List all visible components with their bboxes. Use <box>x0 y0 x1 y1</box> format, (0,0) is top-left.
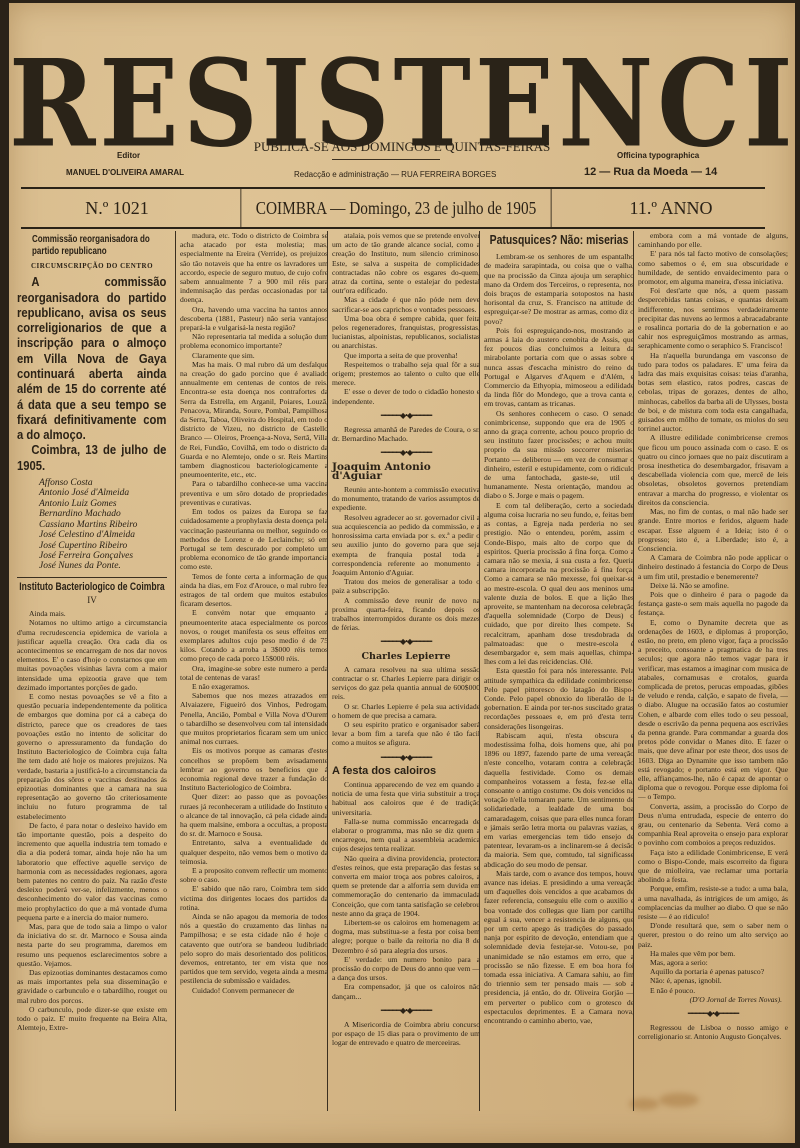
redacao-address: Redacção e administração — RUA FERREIRA … <box>294 170 496 179</box>
paragraph: Sabemos que nos mezes atrazados em Alvai… <box>180 691 328 746</box>
paragraph: Ha n'aquella burundanga em vasconso de t… <box>638 351 788 434</box>
paragraph: Foi dest'arte que nós, a quem passam des… <box>638 286 788 350</box>
paragraph: O seu espirito pratico e organisador sab… <box>332 720 480 748</box>
paragraph: Tratou dos meios de generalisar a todo o… <box>332 577 480 595</box>
paragraph: Pois foi espreguiçando-nos, mostrando as… <box>484 326 634 409</box>
paragraph: Os senhores conhecem o caso. O senado co… <box>484 409 634 501</box>
paragraph: Porque, emfim, resiste-se a tudo: a uma … <box>638 884 788 921</box>
paragraph: E a proposito convem reflectir um moment… <box>180 866 328 884</box>
paragraph: Entretanto, salva a eventualidade de qua… <box>180 838 328 866</box>
paragraph: Ora, imagine-se sobre este numero a perd… <box>180 664 328 682</box>
patusquices-article-continued: embora com a má vontade de alguns, camin… <box>638 231 788 995</box>
paragraph: Uma boa obra é sempre cabida, quer feita… <box>332 314 480 351</box>
column-2: madura, etc. Todo o districto de Coimbra… <box>175 231 328 1111</box>
patusquices-article: Lembram-se os senhores de um espantalho … <box>484 252 634 1025</box>
column-1: Commissão reorganisadora do partido repu… <box>17 231 167 1111</box>
paragraph: Respeitemos o trabalho seja qual fôr a s… <box>332 360 480 388</box>
paragraph: O sr. Charles Lepierre é pela sua activi… <box>332 702 480 720</box>
commissao-date: Coimbra, 13 de julho de 1905. <box>17 443 166 474</box>
paragraph: Cuidado! Convem permanecer de <box>180 986 328 995</box>
paragraph: Ainda mais. <box>17 609 167 618</box>
instituto-article: Ainda mais.Notamos no ultimo artigo a ci… <box>17 609 167 1032</box>
paragraph: Mas ha mais. O mal rubro dá um desfalque… <box>180 360 328 480</box>
paragraph: Mas, agora a serio: <box>638 958 788 967</box>
paragraph: Não representaria tal medida a solução d… <box>180 332 328 350</box>
paragraph: E não exageramos. <box>180 682 328 691</box>
regressou-note: Regressou de Lisboa o nosso amigo e corr… <box>638 1023 788 1041</box>
oficina-label: Officina typographica <box>617 151 699 160</box>
ornament-divider: ━━━━━◆•◆━━━━━ <box>332 448 480 457</box>
signer-name: Bernardino Machado <box>39 509 167 519</box>
issue-number: N.º 1021 <box>21 189 213 227</box>
signer-name: Antonio Luiz Gomes <box>39 499 167 509</box>
paragraph: E com tal deliberação, certo a sociedade… <box>484 501 634 667</box>
signer-name: Affonso Costa <box>39 478 167 488</box>
paragraph: O carbunculo, pode dizer-se que existe e… <box>17 1005 167 1033</box>
paragraph: embora com a má vontade de alguns, camin… <box>638 231 788 249</box>
year-of-publication: 11.º ANNO <box>577 189 765 227</box>
paragraph: A camara resolveu na sua ultima sessão c… <box>332 665 480 702</box>
instituto-article-end: atalaia, pois vemos que se pretende envo… <box>332 231 480 406</box>
dateline-bar: N.º 1021 COIMBRA — Domingo, 23 de julho … <box>21 187 765 229</box>
paragraph: Pois que o dinheiro é para o pagode da f… <box>638 590 788 618</box>
paragraph: Das epizootias dominantes destacamos com… <box>17 968 167 1005</box>
paragraph: E convém notar que emquanto a pneumoente… <box>180 608 328 663</box>
ornament-divider: ━━━━━◆•◆━━━━━ <box>332 411 480 420</box>
paragraph: Rabiscam aqui, n'esta obscura e modestis… <box>484 731 634 869</box>
paragraph: A Camara de Coimbra não pode applicar o … <box>638 553 788 581</box>
ornament-divider: ━━━━━◆•◆━━━━━ <box>638 1009 788 1018</box>
ornament-divider: ━━━━━◆•◆━━━━━ <box>332 637 480 646</box>
column-4: Patusquices? Não: miserias Lembram-se os… <box>479 231 634 1111</box>
paragraph: Era compensador, já que os caloiros não … <box>332 982 480 1000</box>
paragraph: D'onde resultará que, sem o saber nem o … <box>638 921 788 949</box>
instituto-article-continued: madura, etc. Todo o districto de Coimbra… <box>180 231 328 995</box>
paragraph: Reuniu ante-hontem a commissão executiva… <box>332 485 480 513</box>
signer-name: José Cupertino Ribeiro <box>39 541 167 551</box>
charles-heading: Charles Lepierre <box>332 652 480 661</box>
paragraph: E' para nós tal facto motivo de consolaç… <box>638 249 788 286</box>
paragraph: Quer dizer: ao passo que as povoações ru… <box>180 792 328 838</box>
paragraph: Continua apparecendo de vez em quando a … <box>332 780 480 817</box>
charles-article: A camara resolveu na sua ultima sessão c… <box>332 665 480 748</box>
columns: Commissão reorganisadora do partido repu… <box>17 231 787 1131</box>
ornament-divider: ━━━━━◆•◆━━━━━ <box>332 753 480 762</box>
signer-name: José Celestino d'Almeida <box>39 530 167 540</box>
paragraph: Claramente que sim. <box>180 351 328 360</box>
paragraph: A commissão deve reunir de novo na proxi… <box>332 596 480 633</box>
commissao-notice: A commissão reorganisadora do partido re… <box>17 275 166 474</box>
editor-label: Editor <box>117 151 140 160</box>
divider <box>17 577 167 578</box>
paragraph: Para o tabardilho conhece-se uma vaccina… <box>180 479 328 507</box>
paragraph: Ainda se não apagou da memoria de todos … <box>180 912 328 986</box>
festa-article: Continua apparecendo de vez em quando a … <box>332 780 480 1001</box>
column-3: atalaia, pois vemos que se pretende envo… <box>327 231 480 1111</box>
paragraph: E' sabido que não raro, Coimbra tem sido… <box>180 884 328 912</box>
commissao-body: A commissão reorganisadora do partido re… <box>17 275 166 443</box>
paragraph: E como nestas povoações se vê a fito a q… <box>17 692 167 821</box>
regressa-note: Regressa amanhã de Paredes de Coura, o s… <box>332 425 480 443</box>
column-5: embora com a má vontade de alguns, camin… <box>633 231 788 1111</box>
paragraph: Ha males que vêm por bem. <box>638 949 788 958</box>
paragraph: Temos de fonte certa a informação de que… <box>180 572 328 609</box>
commissao-heading: Commissão reorganisadora do partido repu… <box>32 234 152 258</box>
instituto-heading: Instituto Bacteriologico de Coimbra <box>18 583 166 592</box>
paragraph: Esta questão foi para nós interessante. … <box>484 666 634 730</box>
signer-name: José Nunes da Ponte. <box>39 561 167 571</box>
commissao-subheading: CIRCUMSCRIPÇÃO DO CENTRO <box>17 262 167 271</box>
festa-heading: A festa dos caloiros <box>332 767 480 776</box>
divider <box>332 159 440 160</box>
paragraph: Não: é, apenas, ignobil. <box>638 976 788 985</box>
paragraph: Mais tarde, com o avance dos tempos, hou… <box>484 869 634 1025</box>
masthead: RESISTENCIA PUBLICA-SE AOS DOMINGOS E QU… <box>9 3 795 233</box>
misericordia-note: A Misericordia de Coimbra abriu concurso… <box>332 1020 480 1048</box>
paragraph: Não queira a divina providencia, protect… <box>332 854 480 918</box>
paragraph: Aquillo da portaria é apenas patusco? <box>638 967 788 976</box>
paragraph: E, como o Dynamite decreta que as ordena… <box>638 618 788 802</box>
paragraph: Em todos os paizes da Europa se faz cuid… <box>180 507 328 571</box>
paragraph: Lembram-se os senhores de um espantalho … <box>484 252 634 326</box>
signer-name: Antonio José d'Almeida <box>39 488 167 498</box>
paragraph: Libertem-se os caloiros em homenagem ao … <box>332 918 480 955</box>
newspaper-page: RESISTENCIA PUBLICA-SE AOS DOMINGOS E QU… <box>9 3 795 1143</box>
ornament-divider: ━━━━━◆•◆━━━━━ <box>332 1006 480 1015</box>
paragraph: Ora, havendo uma vaccina ha tantos annos… <box>180 305 328 333</box>
signer-name: Cassiano Martins Ribeiro <box>39 520 167 530</box>
joaquim-heading: Joaquim Antonio d'Aguiar <box>332 463 480 481</box>
paragraph: Eis os motivos porque as camaras d'estes… <box>180 746 328 792</box>
paragraph: E' esse o dever de todo o cidadão honest… <box>332 387 480 405</box>
paragraph: Faça isto a edilidade Conimbricense, E v… <box>638 848 788 885</box>
paragraph: Resolveu agradecer ao sr. governador civ… <box>332 513 480 577</box>
paragraph: atalaia, pois vemos que se pretende envo… <box>332 231 480 295</box>
paragraph: Mas a cidade é que não póde nem deve sac… <box>332 295 480 313</box>
editor-name: MANUEL D'OLIVEIRA AMARAL <box>66 168 184 177</box>
paragraph: A illustre edilidade conimbricense cremo… <box>638 433 788 507</box>
patusquices-heading: Patusquices? Não: miserias <box>487 235 631 244</box>
paragraph: Mas, para que de todo saia a limpo o val… <box>17 922 167 968</box>
signers-list: Affonso CostaAntonio José d'AlmeidaAnton… <box>17 478 167 572</box>
signer-name: José Ferreira Gonçalves <box>39 551 167 561</box>
oficina-address: 12 — Rua da Moeda — 14 <box>584 166 717 178</box>
paragraph: E' verdade: um numero bonito para a proc… <box>332 955 480 983</box>
paragraph: madura, etc. Todo o districto de Coimbra… <box>180 231 328 305</box>
instituto-part: IV <box>17 596 167 605</box>
article-source: (D'O Jornal de Torres Novas). <box>638 995 782 1004</box>
paragraph: E não é pouco. <box>638 986 788 995</box>
paragraph: Notamos no ultimo artigo a circumstancia… <box>17 618 167 692</box>
paragraph: Deixe lá. Não se amofine. <box>638 581 788 590</box>
dateline: COIMBRA — Domingo, 23 de julho de 1905 <box>240 189 551 227</box>
joaquim-article: Reuniu ante-hontem a commissão executiva… <box>332 485 480 632</box>
paragraph: Que importa a seita de que provenha! <box>332 351 480 360</box>
paragraph: De facto, é para notar o desleixo havido… <box>17 821 167 922</box>
paragraph: Mas, no fim de contas, o mal não hade se… <box>638 507 788 553</box>
paragraph: Falla-se numa commissão encarregada de e… <box>332 817 480 854</box>
paragraph: Converta, assim, a procissão do Corpo de… <box>638 802 788 848</box>
